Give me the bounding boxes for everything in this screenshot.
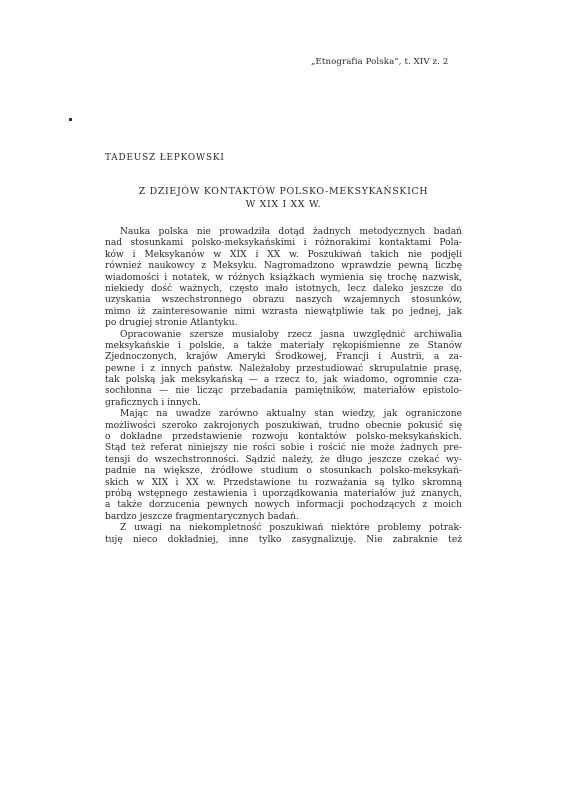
body-line: Zjednoczonych, krajów Ameryki Środkowej,…	[105, 352, 462, 363]
body-line: bardzo jeszcze fragmentarycznych badań.	[105, 512, 462, 523]
title-line-1: Z DZIEJÓW KONTAKTÓW POLSKO-MEKSYKAŃSKICH	[105, 186, 462, 199]
body-line: meksykańskie i polskie, a także materiał…	[105, 341, 462, 352]
author-name: TADEUSZ ŁEPKOWSKI	[105, 153, 225, 163]
body-line: o dokładne przedstawienie rozwoju kontak…	[105, 432, 462, 443]
article-body: Nauka polska nie prowadziła dotąd żadnyc…	[105, 227, 462, 546]
body-line: Nauka polska nie prowadziła dotąd żadnyc…	[105, 227, 462, 238]
title-line-2: W XIX I XX W.	[105, 199, 462, 212]
body-line: niekiedy dość ważnych, często mało istot…	[105, 284, 462, 295]
article-title: Z DZIEJÓW KONTAKTÓW POLSKO-MEKSYKAŃSKICH…	[105, 186, 462, 211]
body-line: wiadomości i notatek, w różnych książkac…	[105, 273, 462, 284]
body-line: Z uwagi na niekompletność poszukiwań nie…	[105, 523, 462, 534]
body-line: nad stosunkami polsko-meksykańskimi i ró…	[105, 238, 462, 249]
body-line: Opracowanie szersze musiałoby rzecz jasn…	[105, 330, 462, 341]
body-line: tensji do wszechstronności. Sądzić należ…	[105, 455, 462, 466]
body-line: a także dorzucenia pewnych nowych inform…	[105, 500, 462, 511]
body-line: po drugiej stronie Atlantyku.	[105, 318, 462, 329]
body-line: ków i Meksykanów w XIX i XX w. Poszukiwa…	[105, 250, 462, 261]
body-line: padnie na większe, źródłowe studium o st…	[105, 466, 462, 477]
body-line: Stąd też referat niniejszy nie rości sob…	[105, 443, 462, 454]
journal-reference: „Etnografia Polska”, t. XIV z. 2	[311, 57, 448, 67]
body-line: tuję nieco dokładniej, inne tylko zasygn…	[105, 535, 462, 546]
body-line: możliwości szeroko zakrojonych poszukiwa…	[105, 421, 462, 432]
body-line: skich w XIX i XX w. Przedstawione tu roz…	[105, 478, 462, 489]
body-line: graficznych i innych.	[105, 398, 462, 409]
scan-mark	[69, 118, 72, 121]
body-line: również naukowcy z Meksyku. Nagromadzono…	[105, 261, 462, 272]
body-line: mimo iż zainteresowanie nimi wzrasta nie…	[105, 307, 462, 318]
body-line: uzyskania wszechstronnego obrazu naszych…	[105, 295, 462, 306]
body-line: Mając na uwadze zarówno aktualny stan wi…	[105, 409, 462, 420]
body-line: pewne i z innych państw. Należałoby prze…	[105, 364, 462, 375]
body-line: sochłonna — nie licząc przebadania pamię…	[105, 386, 462, 397]
body-line: tak polską jak meksykańską — a rzecz to,…	[105, 375, 462, 386]
body-line: próbą wstępnego zestawienia i uporządkow…	[105, 489, 462, 500]
